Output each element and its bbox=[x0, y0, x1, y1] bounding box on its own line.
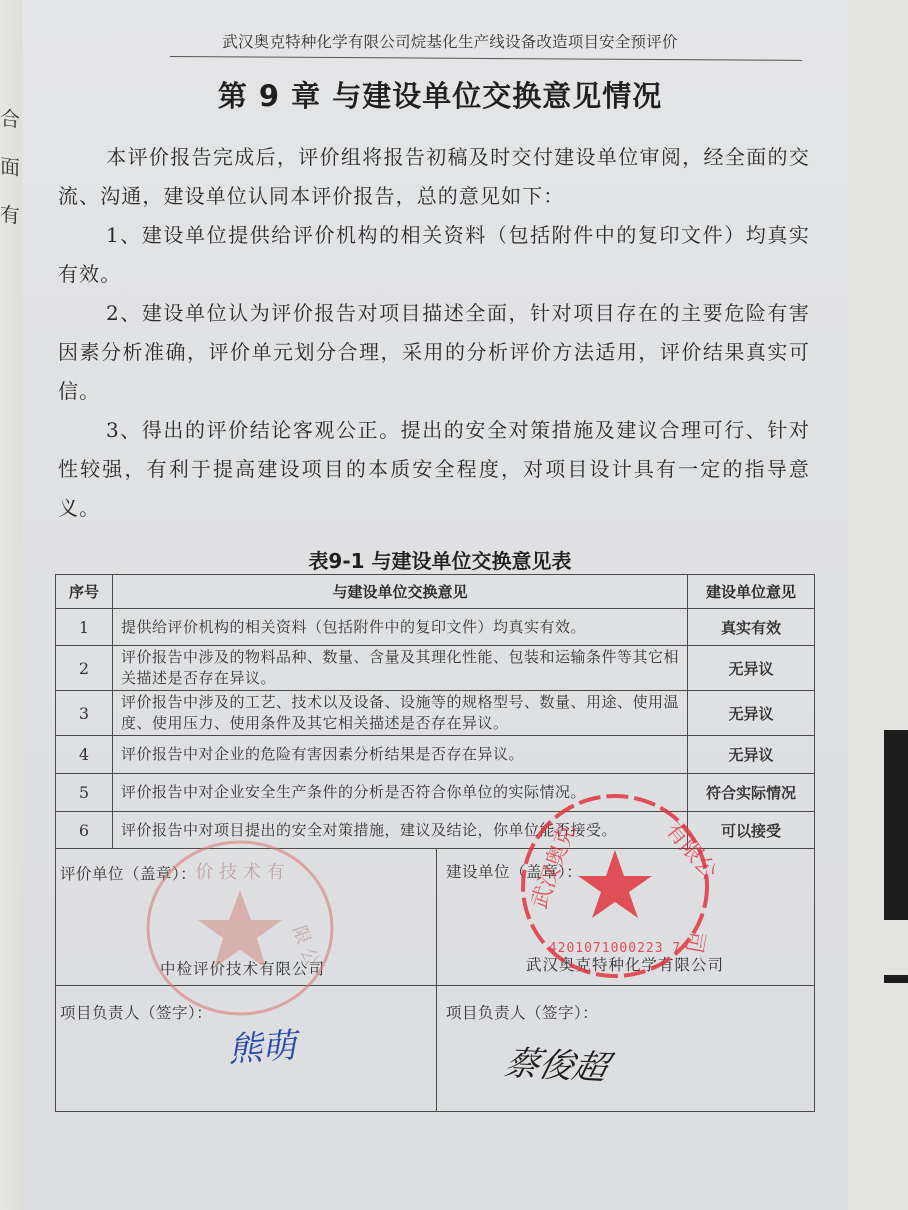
table-row: 1 提供给评价机构的相关资料（包括附件中的复印文件）均真实有效。 真实有效 bbox=[56, 609, 815, 646]
client-signature: 蔡俊超 bbox=[500, 1036, 613, 1090]
paragraph-text: 本评价报告完成后，评价组将报告初稿及时交付建设单位审阅，经全面的交流、沟通，建设… bbox=[58, 145, 810, 208]
paragraph-text: 1、建设单位提供给评价机构的相关资料（包括附件中的复印文件）均真实有效。 bbox=[58, 223, 810, 286]
running-header: 武汉奥克特种化学有限公司烷基化生产线设备改造项目安全预评价 bbox=[170, 30, 730, 52]
row-content: 评价报告中涉及的工艺、技术以及设备、设施等的规格型号、数量、用途、使用温度、使用… bbox=[113, 691, 688, 736]
header-num: 序号 bbox=[56, 575, 113, 609]
row-num: 5 bbox=[56, 774, 113, 812]
evaluator-signature: 熊萌 bbox=[226, 1018, 297, 1072]
svg-text:武汉奥克: 武汉奥克 bbox=[527, 821, 581, 912]
background-object bbox=[884, 730, 908, 920]
row-num: 3 bbox=[56, 691, 113, 736]
opinion-paragraph-2: 2、建设单位认为评价报告对项目描述全面，针对项目存在的主要危险有害因素分析准确，… bbox=[58, 294, 810, 411]
row-num: 6 bbox=[56, 812, 113, 849]
stamp-code: 4201071000223 7 bbox=[549, 941, 681, 956]
svg-text:有限公: 有限公 bbox=[660, 818, 715, 885]
table-header-row: 序号 与建设单位交换意见 建设单位意见 bbox=[56, 575, 815, 609]
row-content: 提供给评价机构的相关资料（包括附件中的复印文件）均真实有效。 bbox=[113, 609, 688, 646]
header-content: 与建设单位交换意见 bbox=[113, 575, 688, 609]
table-row: 4 评价报告中对企业的危险有害因素分析结果是否存在异议。 无异议 bbox=[56, 736, 815, 774]
table-caption: 表9-1 与建设单位交换意见表 bbox=[240, 545, 640, 574]
client-company-seal-icon: 武汉奥克 有限公 司 4201071000223 7 bbox=[515, 790, 715, 982]
divider bbox=[436, 848, 437, 1111]
bleed-char: 有 bbox=[0, 189, 22, 240]
opinion-paragraph-3: 3、得出的评价结论客观公正。提出的安全对策措施及建议合理可行、针对性较强，有利于… bbox=[58, 411, 810, 528]
row-num: 1 bbox=[56, 609, 113, 646]
adjacent-page-edge: 合 面 有 bbox=[0, 0, 22, 1210]
opinion-paragraph-1: 1、建设单位提供给评价机构的相关资料（包括附件中的复印文件）均真实有效。 bbox=[58, 216, 810, 294]
row-response: 无异议 bbox=[688, 736, 815, 774]
svg-text:限 公: 限 公 bbox=[288, 923, 322, 969]
header-response: 建设单位意见 bbox=[688, 575, 815, 609]
bleed-char: 合 bbox=[0, 93, 22, 144]
row-content: 评价报告中对企业的危险有害因素分析结果是否存在异议。 bbox=[113, 736, 688, 774]
svg-text:价 技 术 有: 价 技 术 有 bbox=[195, 862, 284, 883]
row-response: 无异议 bbox=[688, 691, 815, 736]
row-num: 4 bbox=[56, 736, 113, 774]
row-response: 无异议 bbox=[688, 646, 815, 691]
client-person-label: 项目负责人（签字）： bbox=[446, 1001, 598, 1023]
bleed-char: 面 bbox=[0, 141, 22, 192]
table-row: 3 评价报告中涉及的工艺、技术以及设备、设施等的规格型号、数量、用途、使用温度、… bbox=[56, 691, 815, 736]
background-surface bbox=[848, 0, 908, 1210]
row-response: 真实有效 bbox=[688, 609, 815, 646]
table-row: 2 评价报告中涉及的物料品种、数量、含量及其理化性能、包装和运输条件等其它相关描… bbox=[56, 646, 815, 691]
paragraph-text: 3、得出的评价结论客观公正。提出的安全对策措施及建议合理可行、针对性较强，有利于… bbox=[58, 418, 810, 520]
svg-text:司: 司 bbox=[680, 929, 708, 955]
row-content: 评价报告中涉及的物料品种、数量、含量及其理化性能、包装和运输条件等其它相关描述是… bbox=[113, 646, 688, 691]
evaluator-company-seal-icon: 价 技 术 有 限 公 bbox=[140, 838, 340, 1018]
row-num: 2 bbox=[56, 646, 113, 691]
adjacent-page-text: 合 面 有 bbox=[0, 93, 22, 256]
paragraph-text: 2、建设单位认为评价报告对项目描述全面，针对项目存在的主要危险有害因素分析准确，… bbox=[58, 301, 810, 403]
intro-paragraph: 本评价报告完成后，评价组将报告初稿及时交付建设单位审阅，经全面的交流、沟通，建设… bbox=[58, 138, 810, 216]
chapter-title: 第 9 章 与建设单位交换意见情况 bbox=[200, 74, 680, 115]
background-object bbox=[884, 975, 908, 983]
